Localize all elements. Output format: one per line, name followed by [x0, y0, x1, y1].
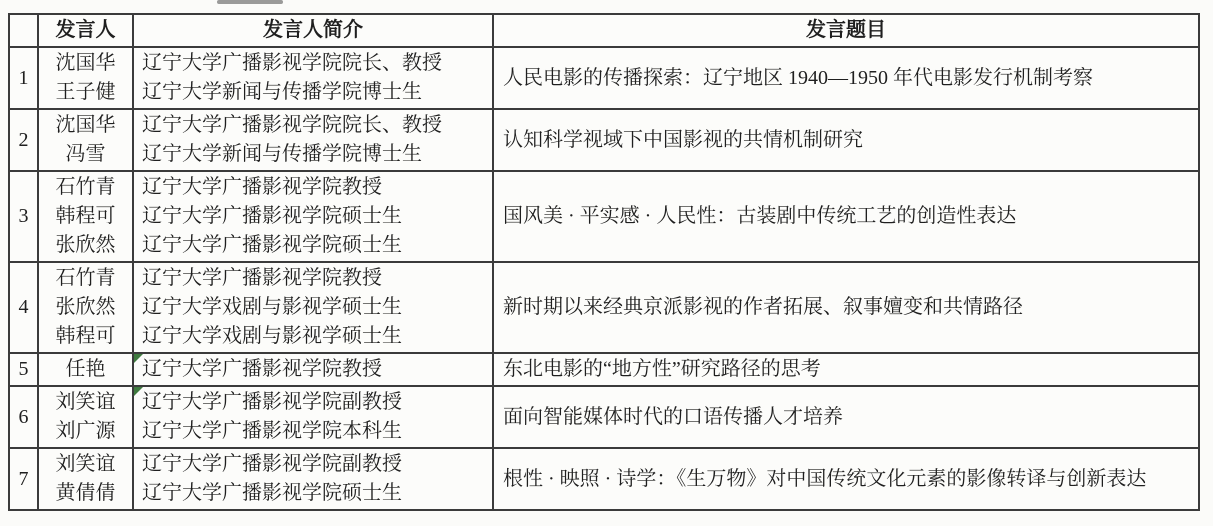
talk-title-cell: 面向智能媒体时代的口语传播人才培养: [493, 386, 1199, 448]
speaker-name: 任艳: [39, 355, 132, 384]
bio-cell: 辽宁大学广播影视学院院长、教授辽宁大学新闻与传播学院博士生: [133, 109, 493, 171]
speaker-name: 石竹青: [39, 264, 132, 293]
speaker-name: 张欣然: [39, 293, 132, 322]
speaker-cell: 刘笑谊刘广源: [38, 386, 133, 448]
speaker-cell: 沈国华冯雪: [38, 109, 133, 171]
speaker-cell: 沈国华王子健: [38, 47, 133, 109]
row-number: 4: [9, 262, 38, 353]
bio-line: 辽宁大学广播影视学院硕士生: [142, 479, 492, 508]
speaker-cell: 刘笑谊黄倩倩: [38, 448, 133, 510]
bio-line: 辽宁大学新闻与传播学院博士生: [142, 78, 492, 107]
row-number: 1: [9, 47, 38, 109]
table-row: 7刘笑谊黄倩倩辽宁大学广播影视学院副教授辽宁大学广播影视学院硕士生根性 · 映照…: [9, 448, 1199, 510]
talk-title-cell: 新时期以来经典京派影视的作者拓展、叙事嬗变和共情路径: [493, 262, 1199, 353]
speaker-cell: 石竹青张欣然韩程可: [38, 262, 133, 353]
row-number: 7: [9, 448, 38, 510]
speaker-name: 冯雪: [39, 140, 132, 169]
talk-title-cell: 国风美 · 平实感 · 人民性：古装剧中传统工艺的创造性表达: [493, 171, 1199, 262]
speaker-name: 刘笑谊: [39, 388, 132, 417]
speaker-name: 韩程可: [39, 202, 132, 231]
bio-cell: 辽宁大学广播影视学院教授辽宁大学广播影视学院硕士生辽宁大学广播影视学院硕士生: [133, 171, 493, 262]
row-number: 6: [9, 386, 38, 448]
table-body: 1沈国华王子健辽宁大学广播影视学院院长、教授辽宁大学新闻与传播学院博士生人民电影…: [9, 47, 1199, 510]
scan-artifact: [217, 0, 283, 4]
bio-line: 辽宁大学戏剧与影视学硕士生: [142, 322, 492, 351]
table-row: 5任艳辽宁大学广播影视学院教授东北电影的“地方性”研究路径的思考: [9, 353, 1199, 386]
row-number: 3: [9, 171, 38, 262]
bio-line: 辽宁大学戏剧与影视学硕士生: [142, 293, 492, 322]
speaker-name: 沈国华: [39, 111, 132, 140]
speakers-table-wrapper: 发言人 发言人简介 发言题目 1沈国华王子健辽宁大学广播影视学院院长、教授辽宁大…: [8, 13, 1200, 511]
speaker-name: 王子健: [39, 78, 132, 107]
talk-title-cell: 人民电影的传播探索：辽宁地区 1940—1950 年代电影发行机制考察: [493, 47, 1199, 109]
speakers-table: 发言人 发言人简介 发言题目 1沈国华王子健辽宁大学广播影视学院院长、教授辽宁大…: [8, 13, 1200, 511]
table-row: 1沈国华王子健辽宁大学广播影视学院院长、教授辽宁大学新闻与传播学院博士生人民电影…: [9, 47, 1199, 109]
bio-line: 辽宁大学广播影视学院院长、教授: [142, 49, 492, 78]
bio-line: 辽宁大学广播影视学院硕士生: [142, 202, 492, 231]
bio-cell: 辽宁大学广播影视学院院长、教授辽宁大学新闻与传播学院博士生: [133, 47, 493, 109]
header-speaker: 发言人: [38, 14, 133, 47]
header-index: [9, 14, 38, 47]
row-number: 5: [9, 353, 38, 386]
speaker-name: 韩程可: [39, 322, 132, 351]
bio-line: 辽宁大学广播影视学院副教授: [142, 450, 492, 479]
talk-title-cell: 认知科学视域下中国影视的共情机制研究: [493, 109, 1199, 171]
talk-title-cell: 东北电影的“地方性”研究路径的思考: [493, 353, 1199, 386]
bio-line: 辽宁大学新闻与传播学院博士生: [142, 140, 492, 169]
speaker-cell: 石竹青韩程可张欣然: [38, 171, 133, 262]
speaker-name: 刘广源: [39, 417, 132, 446]
bio-line: 辽宁大学广播影视学院教授: [142, 173, 492, 202]
speaker-name: 张欣然: [39, 231, 132, 260]
speaker-name: 刘笑谊: [39, 450, 132, 479]
table-row: 3石竹青韩程可张欣然辽宁大学广播影视学院教授辽宁大学广播影视学院硕士生辽宁大学广…: [9, 171, 1199, 262]
bio-cell: 辽宁大学广播影视学院副教授辽宁大学广播影视学院本科生: [133, 386, 493, 448]
speaker-name: 沈国华: [39, 49, 132, 78]
row-number: 2: [9, 109, 38, 171]
table-row: 2沈国华冯雪辽宁大学广播影视学院院长、教授辽宁大学新闻与传播学院博士生认知科学视…: [9, 109, 1199, 171]
speaker-name: 石竹青: [39, 173, 132, 202]
green-corner-marker-icon: [134, 387, 143, 396]
speaker-name: 黄倩倩: [39, 479, 132, 508]
header-title: 发言题目: [493, 14, 1199, 47]
bio-cell: 辽宁大学广播影视学院教授辽宁大学戏剧与影视学硕士生辽宁大学戏剧与影视学硕士生: [133, 262, 493, 353]
bio-line: 辽宁大学广播影视学院硕士生: [142, 231, 492, 260]
table-row: 4石竹青张欣然韩程可辽宁大学广播影视学院教授辽宁大学戏剧与影视学硕士生辽宁大学戏…: [9, 262, 1199, 353]
speaker-cell: 任艳: [38, 353, 133, 386]
bio-cell: 辽宁大学广播影视学院教授: [133, 353, 493, 386]
green-corner-marker-icon: [134, 354, 143, 363]
bio-line: 辽宁大学广播影视学院教授: [142, 264, 492, 293]
bio-line: 辽宁大学广播影视学院副教授: [142, 388, 492, 417]
bio-cell: 辽宁大学广播影视学院副教授辽宁大学广播影视学院硕士生: [133, 448, 493, 510]
talk-title-cell: 根性 · 映照 · 诗学：《生万物》对中国传统文化元素的影像转译与创新表达: [493, 448, 1199, 510]
table-row: 6刘笑谊刘广源辽宁大学广播影视学院副教授辽宁大学广播影视学院本科生面向智能媒体时…: [9, 386, 1199, 448]
bio-line: 辽宁大学广播影视学院本科生: [142, 417, 492, 446]
bio-line: 辽宁大学广播影视学院院长、教授: [142, 111, 492, 140]
header-row: 发言人 发言人简介 发言题目: [9, 14, 1199, 47]
header-bio: 发言人简介: [133, 14, 493, 47]
bio-line: 辽宁大学广播影视学院教授: [142, 355, 492, 384]
